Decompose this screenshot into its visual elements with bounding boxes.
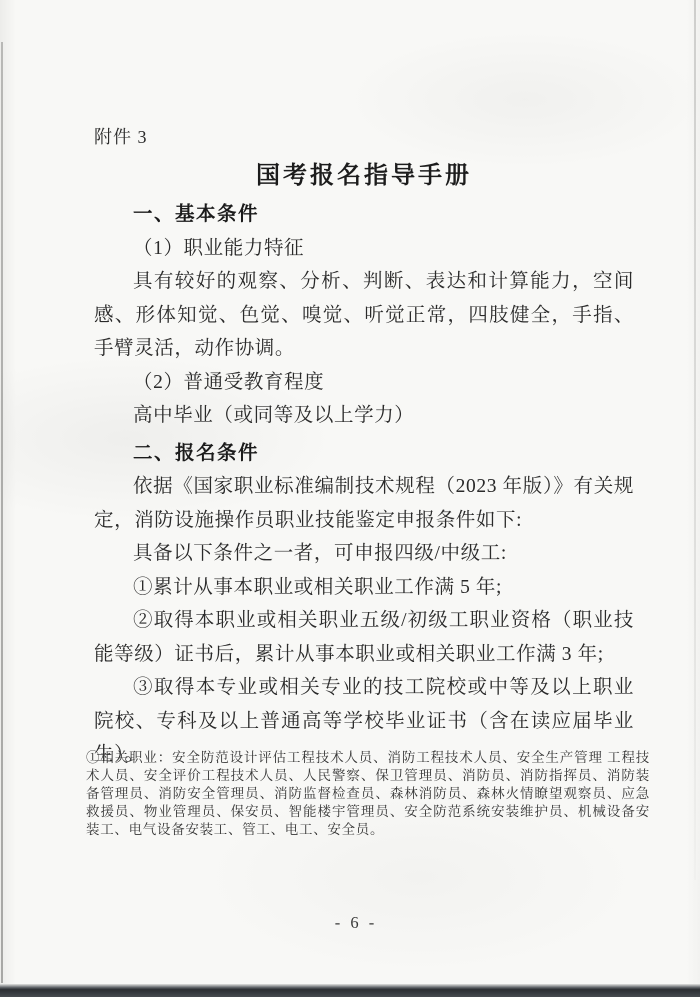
section-1-heading: 一、基本条件 bbox=[94, 198, 634, 232]
footnote-related-occupations: ①相关职业：安全防范设计评估工程技术人员、消防工程技术人员、安全生产管理 工程技… bbox=[86, 749, 650, 839]
clause-1-2-heading: （2）普通受教育程度 bbox=[94, 366, 634, 400]
condition-item-2: ②取得本职业或相关职业五级/初级工职业资格（职业技能等级）证书后，累计从事本职业… bbox=[94, 604, 634, 671]
clause-1-1-heading: （1）职业能力特征 bbox=[94, 232, 634, 266]
document-title: 国考报名指导手册 bbox=[94, 158, 634, 194]
clause-1-2-body: 高中毕业（或同等及以上学力） bbox=[94, 399, 634, 433]
section-2-intro: 依据《国家职业标准编制技术规程（2023 年版）》有关规定，消防设施操作员职业技… bbox=[94, 470, 634, 537]
section-2-heading: 二、报名条件 bbox=[94, 437, 634, 471]
scanned-document-page: 附件 3 国考报名指导手册 一、基本条件 （1）职业能力特征 具有较好的观察、分… bbox=[0, 0, 700, 997]
page-number: - 6 - bbox=[0, 913, 700, 933]
condition-item-1: ①累计从事本职业或相关职业工作满 5 年; bbox=[94, 571, 634, 605]
document-content: 附件 3 国考报名指导手册 一、基本条件 （1）职业能力特征 具有较好的观察、分… bbox=[94, 124, 634, 772]
attachment-label: 附件 3 bbox=[94, 124, 634, 150]
paper-sheet: 附件 3 国考报名指导手册 一、基本条件 （1）职业能力特征 具有较好的观察、分… bbox=[0, 0, 700, 997]
scan-edge-right bbox=[694, 0, 696, 880]
section-2-lead: 具备以下条件之一者，可申报四级/中级工: bbox=[94, 537, 634, 571]
scan-edge-bottom bbox=[0, 984, 700, 997]
scan-edge-left bbox=[1, 42, 3, 983]
clause-1-1-body: 具有较好的观察、分析、判断、表达和计算能力，空间感、形体知觉、色觉、嗅觉、听觉正… bbox=[94, 265, 634, 366]
